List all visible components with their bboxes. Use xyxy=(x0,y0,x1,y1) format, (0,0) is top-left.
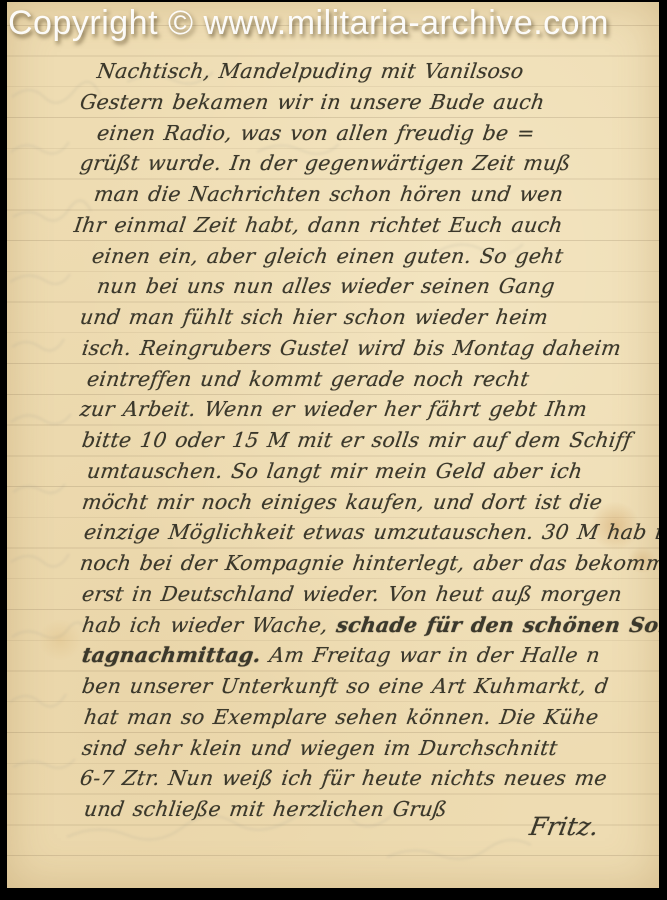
ink-text: Am Freitag war in der Halle n xyxy=(259,643,601,667)
ink-text: zur Arbeit. Wenn er wieder her fährt geb… xyxy=(79,397,589,421)
handwritten-line: hat man so Exemplare sehen können. Die K… xyxy=(82,702,601,733)
handwritten-line: und man fühlt sich hier schon wieder hei… xyxy=(78,302,550,333)
ink-text: grüßt wurde. In der gegenwärtigen Zeit m… xyxy=(79,151,573,175)
ink-text: man die Nachrichten schon hören und wen xyxy=(93,182,565,206)
handwritten-line: isch. Reingrubers Gustel wird bis Montag… xyxy=(80,333,623,364)
ink-text: Nachtisch, Mandelpuding mit Vanilsoso xyxy=(96,59,526,83)
ink-text: ben unserer Unterkunft so eine Art Kuhma… xyxy=(81,674,610,698)
handwritten-line: und schließe mit herzlichen Gruß xyxy=(82,794,449,825)
ink-text: eintreffen und kommt gerade noch recht xyxy=(86,367,531,391)
ink-text: noch bei der Kompagnie hinterlegt, aber … xyxy=(79,551,659,575)
handwritten-line: umtauschen. So langt mir mein Geld aber … xyxy=(85,456,584,487)
heavy-ink-text: schade für den schönen Sonn xyxy=(335,613,659,637)
handwritten-line: Ihr einmal Zeit habt, dann richtet Euch … xyxy=(72,210,565,241)
ink-text: einen ein, aber gleich einen guten. So g… xyxy=(91,244,565,268)
handwritten-line: einen Radio, was von allen freudig be = xyxy=(95,118,537,149)
ink-text: umtauschen. So langt mir mein Geld aber … xyxy=(86,459,585,483)
letter-page: Nachtisch, Mandelpuding mit VanilsosoGes… xyxy=(7,2,659,888)
handwritten-line: sind sehr klein und wiegen im Durchschni… xyxy=(80,733,560,764)
ink-text: und schließe mit herzlichen Gruß xyxy=(83,797,449,821)
ink-text: isch. Reingrubers Gustel wird bis Montag… xyxy=(81,336,623,360)
ink-text: hat man so Exemplare sehen können. Die K… xyxy=(83,705,601,729)
handwritten-line: bitte 10 oder 15 M mit er solls mir auf … xyxy=(80,425,633,456)
letter-body: Nachtisch, Mandelpuding mit VanilsosoGes… xyxy=(70,56,659,846)
ink-text: 6-7 Ztr. Nun weiß ich für heute nichts n… xyxy=(79,766,609,790)
handwritten-line: erst in Deutschland wieder. Von heut auß… xyxy=(80,579,624,610)
handwritten-line: einen ein, aber gleich einen guten. So g… xyxy=(90,241,565,272)
handwritten-line: zur Arbeit. Wenn er wieder her fährt geb… xyxy=(78,394,589,425)
handwritten-line: hab ich wieder Wache, schade für den sch… xyxy=(80,610,659,641)
ink-text: Gestern bekamen wir in unsere Bude auch xyxy=(79,90,547,114)
watermark: Copyright © www.militaria-archive.com xyxy=(8,4,609,43)
ink-text: nun bei uns nun alles wieder seinen Gang xyxy=(96,274,557,298)
ink-text: bitte 10 oder 15 M mit er solls mir auf … xyxy=(81,428,634,452)
ink-text: möcht mir noch einiges kaufen, und dort … xyxy=(81,490,604,514)
ink-text: hab ich wieder Wache, xyxy=(81,613,339,637)
handwritten-line: Nachtisch, Mandelpuding mit Vanilsoso xyxy=(95,56,526,87)
handwritten-line: nun bei uns nun alles wieder seinen Gang xyxy=(95,271,557,302)
handwritten-line: einzige Möglichkeit etwas umzutauschen. … xyxy=(82,517,659,548)
handwritten-line: ben unserer Unterkunft so eine Art Kuhma… xyxy=(80,671,610,702)
ink-text: sind sehr klein und wiegen im Durchschni… xyxy=(81,736,560,760)
ink-text: und man fühlt sich hier schon wieder hei… xyxy=(79,305,550,329)
ink-text: Ihr einmal Zeit habt, dann richtet Euch … xyxy=(73,213,565,237)
handwritten-line: eintreffen und kommt gerade noch recht xyxy=(85,364,531,395)
ink-text: einzige Möglichkeit etwas umzutauschen. … xyxy=(83,520,659,544)
handwritten-line: noch bei der Kompagnie hinterlegt, aber … xyxy=(78,548,659,579)
handwritten-line: man die Nachrichten schon hören und wen xyxy=(92,179,565,210)
handwritten-line: 6-7 Ztr. Nun weiß ich für heute nichts n… xyxy=(78,763,609,794)
handwritten-line: Gestern bekamen wir in unsere Bude auch xyxy=(78,87,547,118)
signature: Fritz. xyxy=(527,812,601,841)
heavy-ink-text: tagnachmittag. xyxy=(81,643,263,667)
handwritten-line: grüßt wurde. In der gegenwärtigen Zeit m… xyxy=(78,148,573,179)
handwritten-line: möcht mir noch einiges kaufen, und dort … xyxy=(80,487,604,518)
ink-text: einen Radio, was von allen freudig be = xyxy=(96,121,537,145)
ink-text: erst in Deutschland wieder. Von heut auß… xyxy=(81,582,624,606)
handwritten-line: tagnachmittag. Am Freitag war in der Hal… xyxy=(80,640,602,671)
